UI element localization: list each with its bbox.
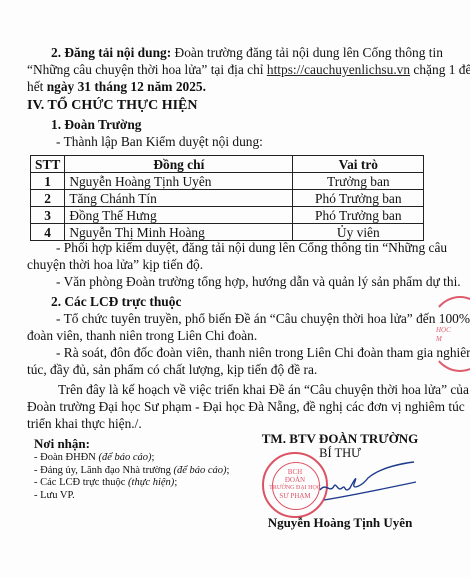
post-content-label: 2. Đăng tải nội dung: [51, 45, 171, 60]
handwritten-signature-icon [318, 460, 418, 510]
signature-org: TM. BTV ĐOÀN TRƯỜNG [250, 431, 430, 446]
side-stamp-line: HỌC [436, 326, 451, 334]
side-stamp-line: M [436, 335, 442, 343]
stamp-line: SƯ PHẠM [264, 492, 326, 500]
sub2-bullet2-line2: túc, đầy đủ, sản phẩm có chất lượng, kịp… [27, 361, 317, 378]
column-header-member: Đồng chí [65, 156, 293, 173]
cell-member: Nguyễn Hoàng Tịnh Uyên [65, 173, 293, 190]
side-stamp-text: HỌC M [436, 326, 451, 344]
closing-line2: Đoàn trường Đại học Sư phạm - Đại học Đà… [27, 398, 421, 415]
cell-member: Đồng Thế Hưng [65, 207, 293, 224]
stamp-line: TRƯỜNG ĐẠI HỌC [264, 484, 326, 492]
post-content-line2: “Những câu chuyện thời hoa lửa” tại địa … [27, 61, 421, 78]
sub1-bullet1-line2: chuyện thời hoa lửa” kịp tiến độ. [27, 256, 203, 273]
subsection-heading: 2. Các LCĐ trực thuộc [51, 293, 181, 310]
cell-role: Trưởng ban [293, 173, 424, 190]
recipients-title: Nơi nhận: [34, 436, 229, 452]
sub1-bullet2: - Văn phòng Đoàn trường tổng hợp, hướng … [56, 273, 461, 290]
recipient-note: (thực hiện) [128, 477, 174, 488]
column-header-stt: STT [31, 156, 65, 173]
table-row: 3 Đồng Thế Hưng Phó Trưởng ban [31, 207, 424, 224]
document-page: 2. Đăng tải nội dung: Đoàn trường đăng t… [0, 0, 470, 577]
recipient-end: ; [227, 465, 230, 476]
post-content-line1: 2. Đăng tải nội dung: Đoàn trường đăng t… [51, 44, 421, 61]
sub2-bullet1-line1: - Tổ chức tuyên truyền, phổ biến Đề án “… [56, 310, 421, 327]
sub1-bullet1-line1: - Phối hợp kiểm duyệt, đăng tải nội dung… [56, 239, 421, 256]
post-content-text: chặng 1 đến [413, 62, 470, 77]
table-row: 2 Tăng Chánh Tín Phó Trưởng ban [31, 190, 424, 207]
post-content-text: Đoàn trường đăng tải nội dung lên Cổng t… [175, 45, 443, 60]
section-heading: IV. TỔ CHỨC THỰC HIỆN [27, 97, 198, 114]
signature-block: TM. BTV ĐOÀN TRƯỜNG BÍ THƯ Nguyễn Hoàng … [250, 431, 430, 460]
recipient-item: - Lưu VP. [34, 490, 229, 503]
portal-link[interactable]: https://cauchuyenlichsu.vn [267, 62, 410, 77]
cell-member: Nguyễn Thị Minh Hoàng [65, 224, 293, 241]
cell-stt: 2 [31, 190, 65, 207]
recipients-block: Nơi nhận: - Đoàn ĐHĐN (để báo cáo); - Đả… [34, 436, 229, 502]
cell-stt: 4 [31, 224, 65, 241]
table-header-row: STT Đồng chí Vai trò [31, 156, 424, 173]
deadline-text: ngày 31 tháng 12 năm 2025. [47, 79, 206, 94]
recipient-note: (để báo cáo) [173, 465, 226, 476]
cell-role: Phó Trưởng ban [293, 207, 424, 224]
cell-stt: 3 [31, 207, 65, 224]
committee-intro: - Thành lập Ban Kiểm duyệt nội dung: [56, 133, 263, 150]
recipient-note: (để báo cáo) [98, 452, 151, 463]
side-stamp-fragment: HỌC M [428, 296, 470, 372]
post-content-text: “Những câu chuyện thời hoa lửa” tại địa … [27, 62, 264, 77]
recipient-end: ; [174, 477, 177, 488]
column-header-role: Vai trò [293, 156, 424, 173]
recipient-text: - Lưu VP. [34, 490, 75, 501]
signer-name: Nguyễn Hoàng Tịnh Uyên [250, 515, 430, 531]
sub2-bullet2-line1: - Rà soát, đôn đốc đoàn viên, thanh niên… [56, 344, 421, 361]
cell-member: Tăng Chánh Tín [65, 190, 293, 207]
committee-table: STT Đồng chí Vai trò 1 Nguyễn Hoàng Tịnh… [30, 155, 424, 241]
sub2-bullet1-line2: đoàn viên, thanh niên trong Liên Chi đoà… [27, 327, 257, 344]
recipient-item: - Các LCĐ trực thuộc (thực hiện); [34, 477, 229, 490]
recipient-item: - Đoàn ĐHĐN (để báo cáo); [34, 452, 229, 465]
table-row: 4 Nguyễn Thị Minh Hoàng Ủy viên [31, 224, 424, 241]
stamp-text: BCH ĐOÀN TRƯỜNG ĐẠI HỌC SƯ PHẠM [264, 468, 326, 500]
post-content-text: hết [27, 79, 43, 94]
cell-role: Ủy viên [293, 224, 424, 241]
closing-line1: Trên đây là kế hoạch về việc triển khai … [58, 381, 421, 398]
recipient-text: - Đảng ủy, Lãnh đạo Nhà trường [34, 465, 173, 476]
post-content-line3: hết ngày 31 tháng 12 năm 2025. [27, 78, 206, 95]
stamp-line: BCH [264, 468, 326, 476]
recipient-text: - Các LCĐ trực thuộc [34, 477, 128, 488]
cell-stt: 1 [31, 173, 65, 190]
stamp-line: ĐOÀN [264, 476, 326, 484]
closing-line3: triển khai thực hiện./. [27, 415, 142, 432]
recipient-item: - Đảng ủy, Lãnh đạo Nhà trường (để báo c… [34, 465, 229, 478]
table-row: 1 Nguyễn Hoàng Tịnh Uyên Trưởng ban [31, 173, 424, 190]
recipient-text: - Đoàn ĐHĐN [34, 452, 98, 463]
recipient-end: ; [152, 452, 155, 463]
cell-role: Phó Trưởng ban [293, 190, 424, 207]
subsection-heading: 1. Đoàn Trường [51, 116, 141, 133]
